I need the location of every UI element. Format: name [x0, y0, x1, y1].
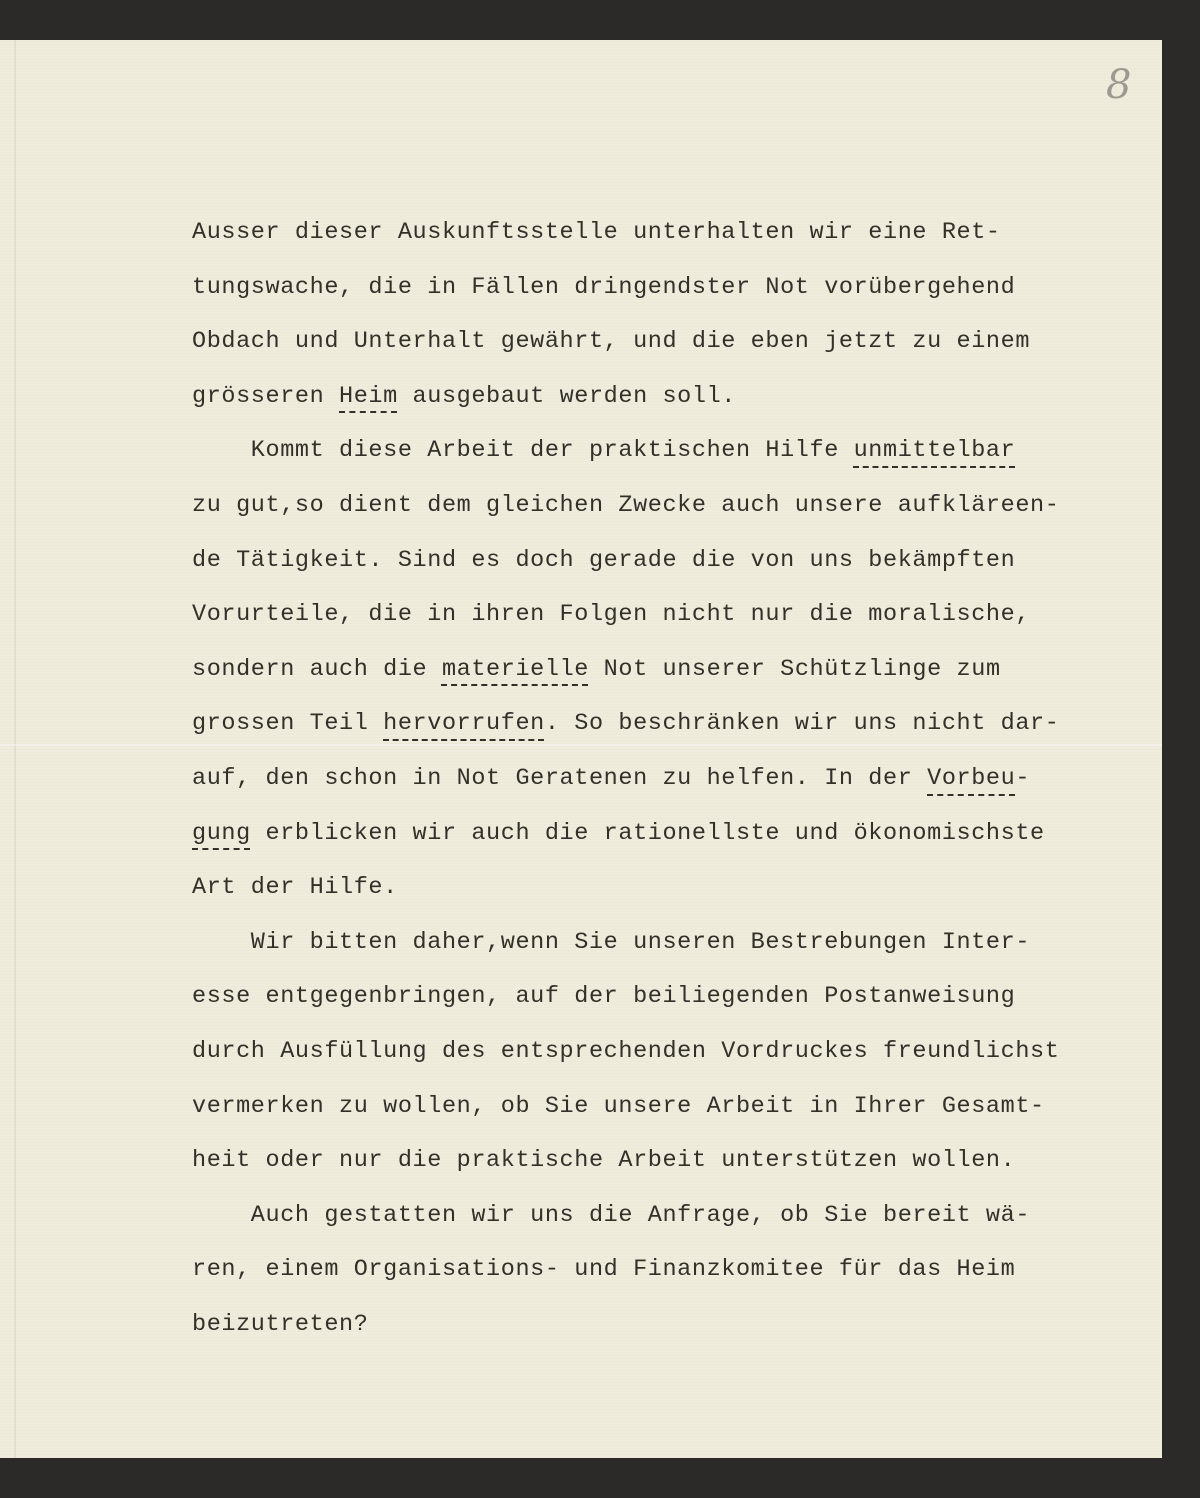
- text-segment: Obdach und Unterhalt gewährt, und die eb…: [192, 328, 1030, 355]
- text-segment: tungswache, die in Fällen dringendster N…: [192, 274, 1015, 301]
- underlined-word: materielle: [442, 656, 589, 683]
- paper-fold: [14, 40, 16, 1458]
- underlined-word: Heim: [339, 383, 398, 410]
- text-line: Art der Hilfe.: [192, 873, 398, 903]
- text-segment: . So beschränken wir uns nicht dar-: [545, 710, 1060, 737]
- text-segment: grossen Teil: [192, 710, 383, 737]
- text-segment: Art der Hilfe.: [192, 874, 398, 901]
- text-segment: Ausser dieser Auskunftsstelle unterhalte…: [192, 219, 1001, 246]
- text-line: Obdach und Unterhalt gewährt, und die eb…: [192, 327, 1030, 357]
- text-line: grossen Teil hervorrufen. So beschränken…: [192, 709, 1059, 739]
- text-line: vermerken zu wollen, ob Sie unsere Arbei…: [192, 1092, 1045, 1122]
- text-line: esse entgegenbringen, auf der beiliegend…: [192, 982, 1015, 1012]
- text-line: Auch gestatten wir uns die Anfrage, ob S…: [192, 1201, 1030, 1231]
- text-segment: Auch gestatten wir uns die Anfrage, ob S…: [192, 1202, 1030, 1229]
- text-segment: erblicken wir auch die rationellste und …: [251, 820, 1045, 847]
- underlined-word: hervorrufen: [383, 710, 545, 737]
- page-number: 8: [1106, 62, 1131, 108]
- text-line: sondern auch die materielle Not unserer …: [192, 655, 1001, 685]
- text-line: tungswache, die in Fällen dringendster N…: [192, 273, 1015, 303]
- text-segment: ren, einem Organisations- und Finanzkomi…: [192, 1256, 1015, 1283]
- text-segment: beizutreten?: [192, 1311, 368, 1338]
- text-segment: ausgebaut werden soll.: [398, 383, 736, 410]
- text-segment: de Tätigkeit. Sind es doch gerade die vo…: [192, 547, 1015, 574]
- text-segment: Kommt diese Arbeit der praktischen Hilfe: [192, 437, 854, 464]
- text-line: Vorurteile, die in ihren Folgen nicht nu…: [192, 600, 1030, 630]
- text-line: Kommt diese Arbeit der praktischen Hilfe…: [192, 436, 1015, 466]
- text-line: de Tätigkeit. Sind es doch gerade die vo…: [192, 546, 1015, 576]
- underlined-word: Vorbeu: [927, 765, 1015, 792]
- text-segment: heit oder nur die praktische Arbeit unte…: [192, 1147, 1015, 1174]
- text-line: beizutreten?: [192, 1310, 368, 1340]
- text-line: grösseren Heim ausgebaut werden soll.: [192, 382, 736, 412]
- text-segment: auf, den schon in Not Geratenen zu helfe…: [192, 765, 927, 792]
- text-segment: -: [1015, 765, 1030, 792]
- text-segment: Not unserer Schützlinge zum: [589, 656, 1001, 683]
- text-segment: grösseren: [192, 383, 339, 410]
- text-segment: Wir bitten daher,wenn Sie unseren Bestre…: [192, 929, 1030, 956]
- text-line: ren, einem Organisations- und Finanzkomi…: [192, 1255, 1015, 1285]
- text-segment: sondern auch die: [192, 656, 442, 683]
- underlined-word: gung: [192, 820, 251, 847]
- text-line: auf, den schon in Not Geratenen zu helfe…: [192, 764, 1030, 794]
- text-line: heit oder nur die praktische Arbeit unte…: [192, 1146, 1015, 1176]
- underlined-word: unmittelbar: [854, 437, 1016, 464]
- text-line: durch Ausfüllung des entsprechenden Vord…: [192, 1037, 1059, 1067]
- text-line: Ausser dieser Auskunftsstelle unterhalte…: [192, 218, 1001, 248]
- text-segment: Vorurteile, die in ihren Folgen nicht nu…: [192, 601, 1030, 628]
- text-segment: zu gut,so dient dem gleichen Zwecke auch…: [192, 492, 1059, 519]
- text-segment: durch Ausfüllung des entsprechenden Vord…: [192, 1038, 1059, 1065]
- text-line: Wir bitten daher,wenn Sie unseren Bestre…: [192, 928, 1030, 958]
- text-segment: esse entgegenbringen, auf der beiliegend…: [192, 983, 1015, 1010]
- text-segment: vermerken zu wollen, ob Sie unsere Arbei…: [192, 1093, 1045, 1120]
- text-line: zu gut,so dient dem gleichen Zwecke auch…: [192, 491, 1059, 521]
- paper-crease: [0, 744, 1162, 746]
- document-page: 8 Ausser dieser Auskunftsstelle unterhal…: [0, 40, 1162, 1458]
- text-line: gung erblicken wir auch die rationellste…: [192, 819, 1045, 849]
